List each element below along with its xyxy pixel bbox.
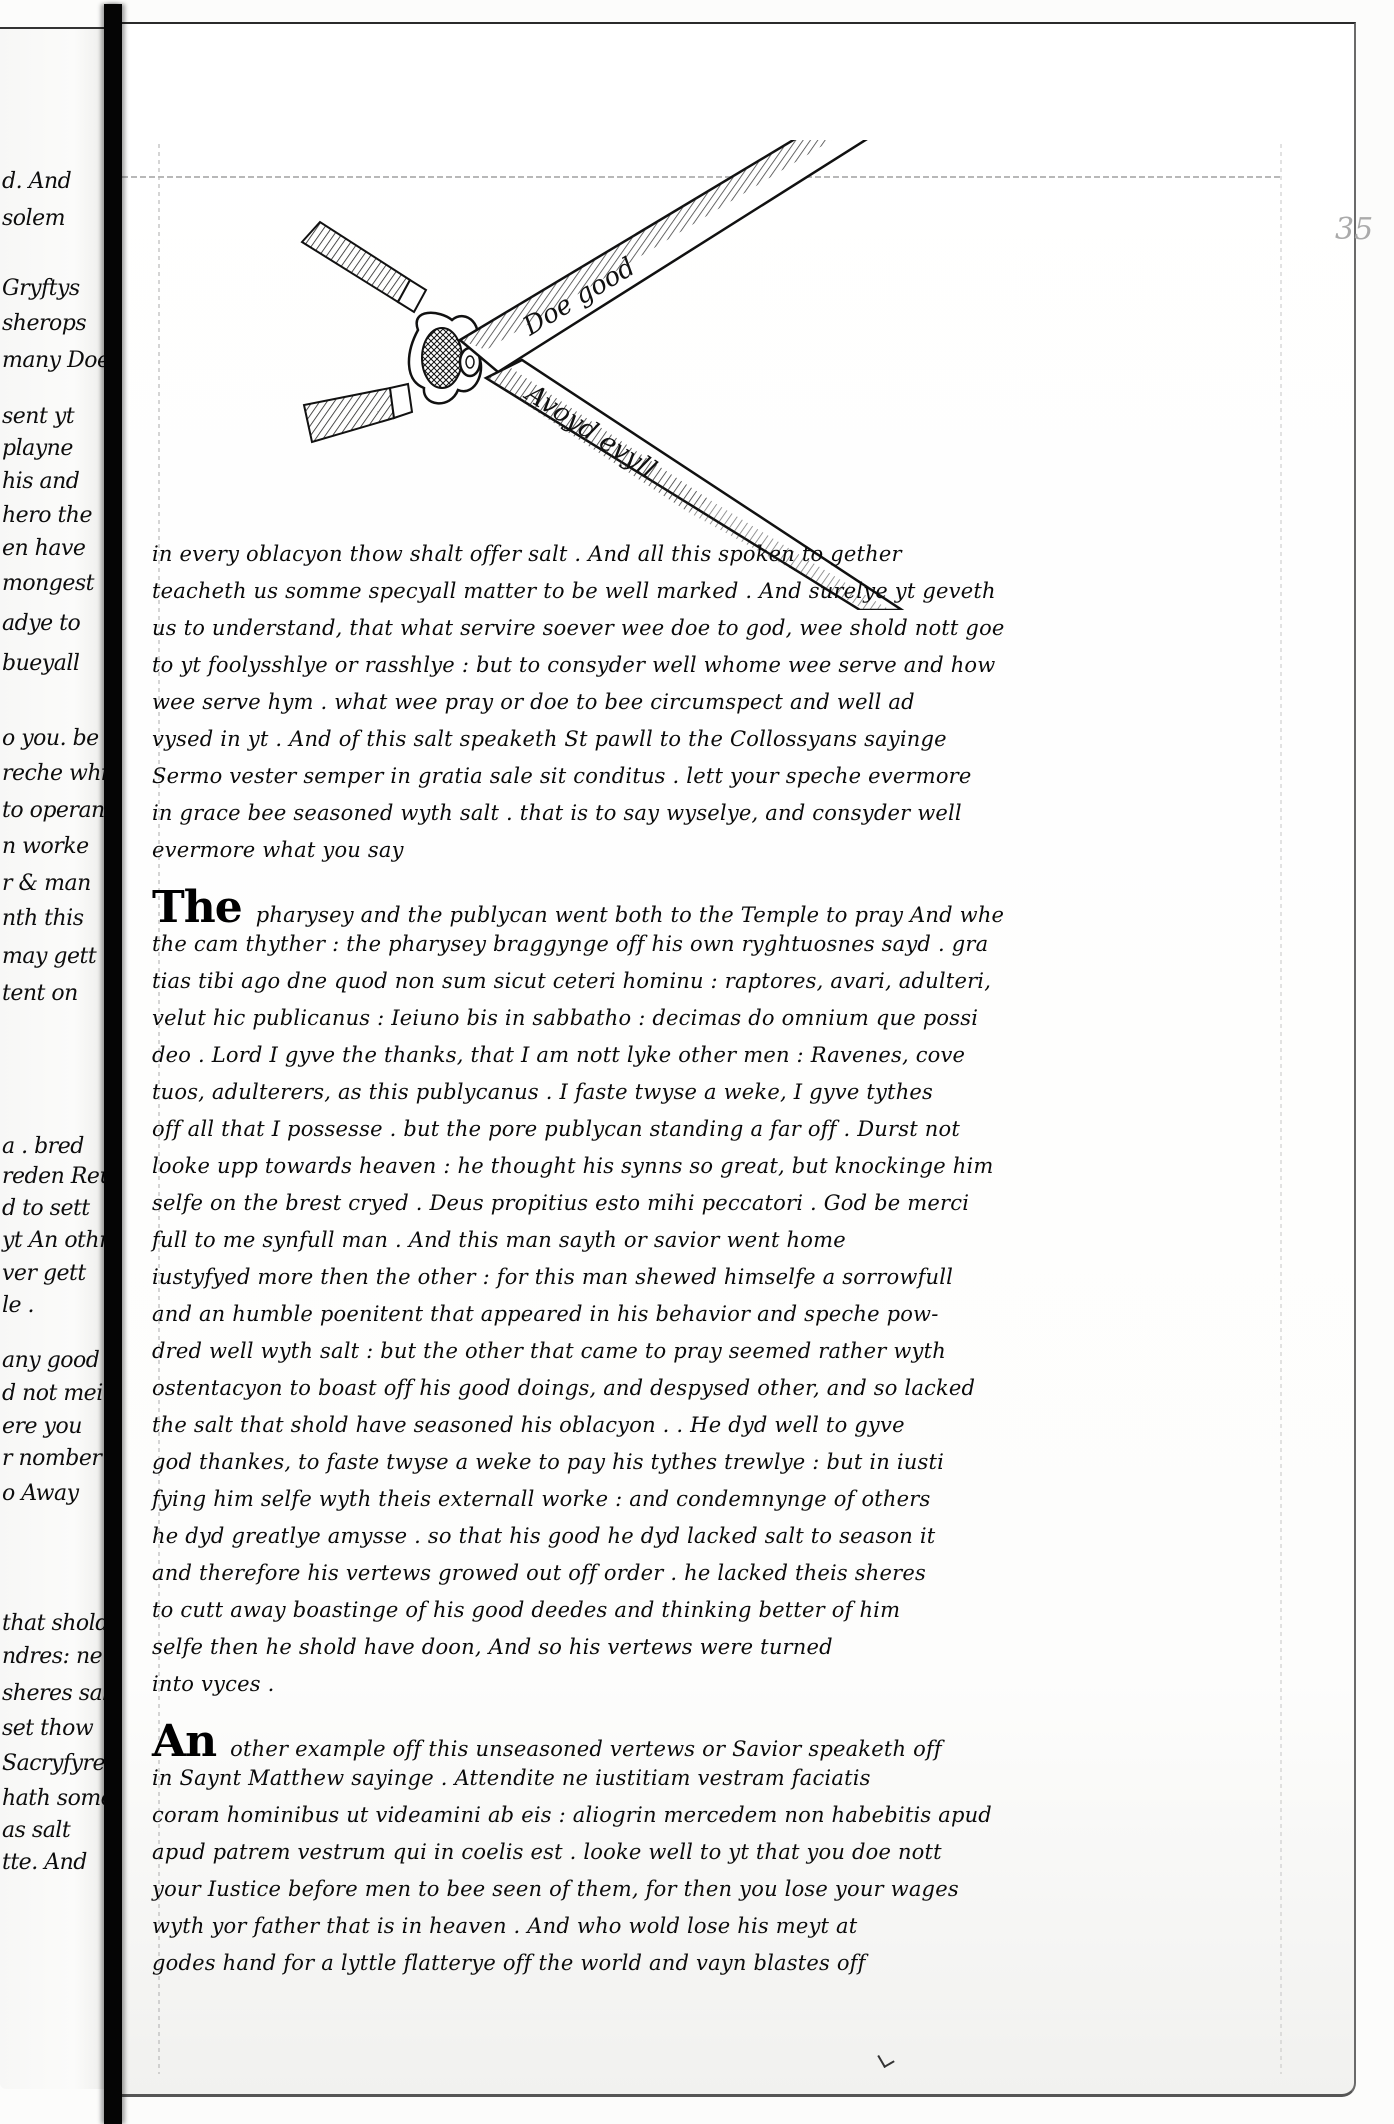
text-line: us to understand, that what servire soev…	[152, 610, 1182, 647]
line-text: tias tibi ago dne quod non sum sicut cet…	[152, 969, 991, 993]
line-text: vysed in yt . And of this salt speaketh …	[152, 727, 947, 751]
paragraph: Thepharysey and the publycan went both t…	[152, 889, 1182, 1703]
gutter-binding-bar	[104, 4, 122, 2124]
text-line: dred well wyth salt : but the other that…	[152, 1333, 1182, 1370]
facing-page-fragment-line: reche whi	[2, 761, 106, 786]
line-text: in every oblacyon thow shalt offer salt …	[152, 542, 902, 566]
facing-page-fragment-line: any good	[2, 1348, 99, 1373]
text-line: into vyces .	[152, 1666, 1182, 1703]
text-line: off all that I possesse . but the pore p…	[152, 1111, 1182, 1148]
facing-page-fragment-line: solem	[2, 206, 65, 231]
facing-page-fragment-line: n worke	[2, 834, 89, 859]
line-text: godes hand for a lyttle flatterye off th…	[152, 1951, 866, 1975]
line-text: in grace bee seasoned wyth salt . that i…	[152, 801, 962, 825]
facing-page-fragment-line: en have	[2, 536, 85, 561]
facing-page-fragment-line: yt An othr	[2, 1228, 106, 1253]
facing-page-fragment-line: reden Reu	[2, 1164, 106, 1189]
facing-page-fragment-line: d not mei	[2, 1381, 103, 1406]
line-text: to yt foolysshlye or rasshlye : but to c…	[152, 653, 995, 677]
text-line: godes hand for a lyttle flatterye off th…	[152, 1945, 1182, 1982]
line-text: tuos, adulterers, as this publycanus . I…	[152, 1080, 933, 1104]
line-text: ostentacyon to boast off his good doings…	[152, 1376, 975, 1400]
line-text: god thankes, to faste twyse a weke to pa…	[152, 1450, 944, 1474]
text-line: velut hic publicanus : Ieiuno bis in sab…	[152, 1000, 1182, 1037]
text-line: Thepharysey and the publycan went both t…	[152, 889, 1182, 926]
text-line: your Iustice before men to bee seen of t…	[152, 1871, 1182, 1908]
lower-blade-label: Avoyd evyll	[519, 378, 662, 485]
line-text: in Saynt Matthew sayinge . Attendite ne …	[152, 1766, 871, 1790]
facing-page-fragment-line: ver gett	[2, 1261, 86, 1286]
facing-page-fragment-line: sent yt	[2, 404, 74, 429]
text-line: and an humble poenitent that appeared in…	[152, 1296, 1182, 1333]
facing-page-fragment-line: o you. be	[2, 726, 99, 751]
manuscript-text-body: in every oblacyon thow shalt offer salt …	[152, 536, 1182, 1982]
line-text: selfe then he shold have doon, And so hi…	[152, 1635, 833, 1659]
facing-page-fragment-line: le .	[2, 1293, 34, 1318]
text-line: looke upp towards heaven : he thought hi…	[152, 1148, 1182, 1185]
paragraph: Another example off this unseasoned vert…	[152, 1723, 1182, 1982]
ruled-margin-right	[1280, 144, 1282, 2074]
line-text: the salt that shold have seasoned his ob…	[152, 1413, 905, 1437]
facing-page-fragment: d. AndsolemGryftyssheropsmany Doesent yt…	[0, 27, 106, 2089]
facing-page-text-fragments: d. AndsolemGryftyssheropsmany Doesent yt…	[0, 29, 106, 2089]
facing-page-fragment-line: nth this	[2, 906, 84, 931]
facing-page-fragment-line: o Away	[2, 1481, 79, 1506]
facing-page-fragment-line: sherops	[2, 311, 86, 336]
facing-page-fragment-line: his and	[2, 469, 79, 494]
facing-page-fragment-line: d to sett	[2, 1196, 90, 1221]
facing-page-fragment-line: r nomber	[2, 1446, 101, 1471]
text-line: full to me synfull man . And this man sa…	[152, 1222, 1182, 1259]
facing-page-fragment-line: set thow	[2, 1716, 93, 1741]
facing-page-fragment-line: as salt	[2, 1818, 70, 1843]
facing-page-fragment-line: mongest	[2, 571, 94, 596]
folio-number: 35	[1335, 212, 1373, 247]
line-text: velut hic publicanus : Ieiuno bis in sab…	[152, 1006, 978, 1030]
facing-page-fragment-line: to operan	[2, 798, 105, 823]
line-text: your Iustice before men to bee seen of t…	[152, 1877, 959, 1901]
facing-page-fragment-line: that shold	[2, 1611, 106, 1636]
line-text: evermore what you say	[152, 838, 404, 862]
line-text: the cam thyther : the pharysey braggynge…	[152, 932, 988, 956]
line-text: wyth yor father that is in heaven . And …	[152, 1914, 857, 1938]
text-line: god thankes, to faste twyse a weke to pa…	[152, 1444, 1182, 1481]
line-text: and therefore his vertews growed out off…	[152, 1561, 926, 1585]
line-text: Sermo vester semper in gratia sale sit c…	[152, 764, 972, 788]
line-text: dred well wyth salt : but the other that…	[152, 1339, 946, 1363]
paragraph-gap	[152, 869, 1182, 889]
line-text: and an humble poenitent that appeared in…	[152, 1302, 939, 1326]
text-line: he dyd greatlye amysse . so that his goo…	[152, 1518, 1182, 1555]
facing-page-fragment-line: tte. And	[2, 1850, 87, 1875]
line-text: pharysey and the publycan went both to t…	[256, 903, 1004, 927]
text-line: in grace bee seasoned wyth salt . that i…	[152, 795, 1182, 832]
text-line: ostentacyon to boast off his good doings…	[152, 1370, 1182, 1407]
text-line: apud patrem vestrum qui in coelis est . …	[152, 1834, 1182, 1871]
pivot-boss	[409, 313, 481, 404]
text-line: the cam thyther : the pharysey braggynge…	[152, 926, 1182, 963]
text-line: evermore what you say	[152, 832, 1182, 869]
text-line: tuos, adulterers, as this publycanus . I…	[152, 1074, 1182, 1111]
facing-page-fragment-line: may gett	[2, 944, 96, 969]
text-line: tias tibi ago dne quod non sum sicut cet…	[152, 963, 1182, 1000]
text-line: in every oblacyon thow shalt offer salt …	[152, 536, 1182, 573]
facing-page-fragment-line: hero the	[2, 503, 92, 528]
text-line: selfe then he shold have doon, And so hi…	[152, 1629, 1182, 1666]
line-text: wee serve hym . what wee pray or doe to …	[152, 690, 915, 714]
line-text: apud patrem vestrum qui in coelis est . …	[152, 1840, 942, 1864]
facing-page-fragment-line: Sacryfyre:	[2, 1751, 106, 1776]
facing-page-fragment-line: ere you	[2, 1414, 82, 1439]
line-text: teacheth us somme specyall matter to be …	[152, 579, 996, 603]
text-line: selfe on the brest cryed . Deus propitiu…	[152, 1185, 1182, 1222]
facing-page-fragment-line: Gryftys	[2, 276, 80, 301]
lower-handle	[304, 384, 412, 442]
text-line: and therefore his vertews growed out off…	[152, 1555, 1182, 1592]
facing-page-fragment-line: r & man	[2, 871, 91, 896]
line-text: iustyfyed more then the other : for this…	[152, 1265, 953, 1289]
line-text: fying him selfe wyth theis externall wor…	[152, 1487, 931, 1511]
line-text: into vyces .	[152, 1672, 274, 1696]
manuscript-scan: d. AndsolemGryftyssheropsmany Doesent yt…	[0, 0, 1394, 2124]
line-text: looke upp towards heaven : he thought hi…	[152, 1154, 994, 1178]
line-text: to cutt away boastinge of his good deede…	[152, 1598, 900, 1622]
text-line: in Saynt Matthew sayinge . Attendite ne …	[152, 1760, 1182, 1797]
text-line: deo . Lord I gyve the thanks, that I am …	[152, 1037, 1182, 1074]
text-line: teacheth us somme specyall matter to be …	[152, 573, 1182, 610]
text-line: wyth yor father that is in heaven . And …	[152, 1908, 1182, 1945]
line-text: selfe on the brest cryed . Deus propitiu…	[152, 1191, 969, 1215]
line-text: full to me synfull man . And this man sa…	[152, 1228, 846, 1252]
facing-page-fragment-line: hath some	[2, 1786, 106, 1811]
facing-page-fragment-line: bueyall	[2, 651, 79, 676]
line-text: us to understand, that what servire soev…	[152, 616, 1005, 640]
facing-page-fragment-line: adye to	[2, 611, 80, 636]
line-text: he dyd greatlye amysse . so that his goo…	[152, 1524, 935, 1548]
line-text: coram hominibus ut videamini ab eis : al…	[152, 1803, 992, 1827]
line-text: off all that I possesse . but the pore p…	[152, 1117, 960, 1141]
text-line: Sermo vester semper in gratia sale sit c…	[152, 758, 1182, 795]
paragraph: in every oblacyon thow shalt offer salt …	[152, 536, 1182, 869]
text-line: wee serve hym . what wee pray or doe to …	[152, 684, 1182, 721]
text-line: the salt that shold have seasoned his ob…	[152, 1407, 1182, 1444]
text-line: to yt foolysshlye or rasshlye : but to c…	[152, 647, 1182, 684]
text-line: vysed in yt . And of this salt speaketh …	[152, 721, 1182, 758]
facing-page-fragment-line: a . bred	[2, 1134, 84, 1159]
upper-blade: Doe good	[460, 140, 875, 372]
facing-page-fragment-line: d. And	[2, 169, 71, 194]
paragraph-gap	[152, 1703, 1182, 1723]
text-line: coram hominibus ut videamini ab eis : al…	[152, 1797, 1182, 1834]
facing-page-fragment-line: many Doe	[2, 348, 106, 373]
facing-page-fragment-line: sheres sal.	[2, 1681, 106, 1706]
text-line: fying him selfe wyth theis externall wor…	[152, 1481, 1182, 1518]
upper-handle	[302, 222, 426, 312]
line-text: deo . Lord I gyve the thanks, that I am …	[152, 1043, 965, 1067]
text-line: to cutt away boastinge of his good deede…	[152, 1592, 1182, 1629]
facing-page-fragment-line: ndres: ne	[2, 1644, 102, 1669]
line-text: other example off this unseasoned vertew…	[230, 1737, 942, 1761]
text-line: iustyfyed more then the other : for this…	[152, 1259, 1182, 1296]
facing-page-fragment-line: tent on	[2, 981, 78, 1006]
text-line: Another example off this unseasoned vert…	[152, 1723, 1182, 1760]
facing-page-fragment-line: playne	[2, 436, 73, 461]
